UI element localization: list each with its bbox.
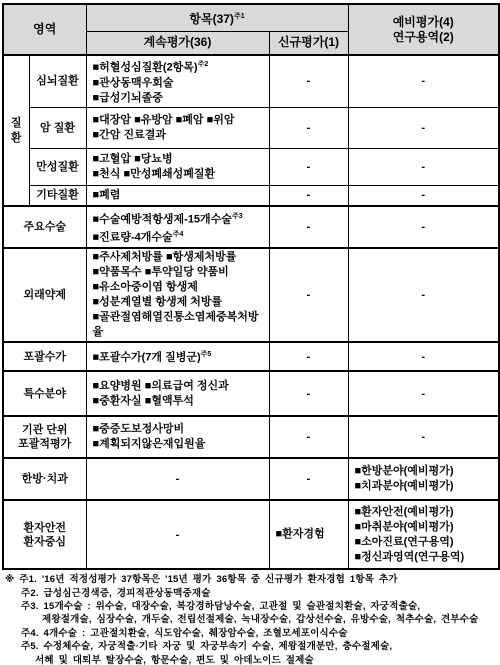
col-header-area: 영역: [3, 4, 86, 55]
item-line: ■관상동맥우회술: [93, 76, 266, 91]
table-row: 주요수술■수술예방적항생제-15개수술주3■진료량-4개수술주4--: [3, 206, 499, 248]
col-header-new: 신규평가(1): [269, 31, 348, 55]
item-line: ■대장암 ■유방암 ■폐암 ■위암: [93, 113, 266, 128]
footnote-line: 주2. 급성심근경색증, 경피적관상동맥중재술: [4, 587, 499, 600]
table-row: 기타질환■폐렴--: [3, 185, 499, 206]
footnote-ref: 주4: [173, 231, 184, 238]
continue-cell: ■요양병원 ■의료급여 정신과■중환자실 ■혈액투석: [86, 371, 269, 416]
footnote-line: ※ 주1. '16년 적정성평가 37항목은 '15년 평가 36항목 중 신규…: [4, 573, 499, 586]
item-line: ■정신과영역(연구용역): [355, 550, 496, 565]
new-cell: -: [269, 458, 348, 500]
evaluation-table: 영역 항목(37)주1 예비평가(4) 연구용역(2) 계속평가(36) 신규평…: [2, 3, 500, 570]
item-text: ■중환자실 ■혈액투석: [93, 395, 194, 407]
item-text: ■천식 ■만성폐쇄성폐질환: [93, 168, 216, 180]
item-line: ■중증도보정사망비: [93, 422, 266, 437]
item-line: ■계획되지않은재입원율: [93, 437, 266, 452]
continue-cell: ■수술예방적항생제-15개수술주3■진료량-4개수술주4: [86, 206, 269, 248]
continue-cell: ■허혈성심질환(2항목)주2■관상동맥우회술■급성기뇌졸중: [86, 55, 269, 107]
item-text: ■급성기뇌졸중: [93, 92, 163, 104]
item-line: ■성분계열별 항생제 처방률: [93, 295, 266, 310]
footnote-ref: 주2: [198, 61, 209, 68]
new-cell: -: [269, 206, 348, 248]
preliminary-cell: ■한방분야(예비평가)■치과분야(예비평가): [348, 458, 499, 500]
row-label: 외래약제: [3, 248, 86, 342]
footnote-line: 제왕절개술, 심장수술, 개두술, 전립선절제술, 녹내장수술, 갑상선수술, …: [4, 613, 499, 626]
new-cell: -: [269, 55, 348, 107]
footnote-line: 주4. 4개수술 : 고관절치환술, 식도암수술, 췌장암수술, 조혈모세포이식…: [4, 627, 499, 640]
row-label-line: 포괄적평가: [7, 437, 83, 451]
row-label: 기타질환: [29, 185, 86, 206]
new-cell: -: [269, 416, 348, 458]
continue-cell: -: [86, 500, 269, 569]
item-text: ■환자안전(예비평가): [355, 506, 454, 518]
item-text: ■폐렴: [93, 189, 121, 201]
new-cell: ■환자경험: [269, 500, 348, 569]
row-label: 암 질환: [29, 107, 86, 148]
row-label: 특수분야: [3, 371, 86, 416]
item-line: ■환자경험: [276, 527, 345, 542]
preliminary-cell: -: [348, 416, 499, 458]
item-line: ■약품목수 ■투약일당 약품비: [93, 265, 266, 280]
item-text: ■골관절염해열진통소염제중복처방율: [93, 311, 259, 338]
table-row: 외래약제■주사제처방률 ■항생제처방률■약품목수 ■투약일당 약품비■유소아중이…: [3, 248, 499, 342]
item-line: ■환자안전(예비평가): [355, 505, 496, 520]
item-line: ■유소아중이염 항생제: [93, 280, 266, 295]
row-label: 심뇌질환: [29, 55, 86, 107]
item-text: ■주사제처방률 ■항생제처방률: [93, 251, 237, 263]
new-cell: -: [269, 107, 348, 148]
row-label: 기관 단위포괄적평가: [3, 416, 86, 458]
new-cell: -: [269, 371, 348, 416]
row-label-line: 기관 단위: [7, 423, 83, 437]
row-label: 포괄수가: [3, 342, 86, 371]
header-row-1: 영역 항목(37)주1 예비평가(4) 연구용역(2): [3, 4, 499, 31]
table-row: 암 질환■대장암 ■유방암 ■폐암 ■위암■간암 진료결과--: [3, 107, 499, 148]
continue-cell: -: [86, 458, 269, 500]
item-line: ■고혈압 ■당뇨병: [93, 152, 266, 167]
continue-cell: ■포괄수가(7개 질병군)주5: [86, 342, 269, 371]
row-label-line: 환자중심: [7, 535, 83, 549]
item-line: ■소아진료(연구용역): [355, 535, 496, 550]
item-line: ■치과분야(예비평가): [355, 479, 496, 494]
item-line: ■급성기뇌졸중: [93, 91, 266, 106]
preliminary-cell: ■환자안전(예비평가)■마취분야(예비평가)■소아진료(연구용역)■정신과영역(…: [348, 500, 499, 569]
footnote-line: 서혜 및 대퇴부 탈장수술, 항문수술, 편도 및 아데노이드 절제술: [4, 654, 499, 665]
footnotes: ※ 주1. '16년 적정성평가 37항목은 '15년 평가 36항목 중 신규…: [2, 573, 499, 665]
preliminary-header-line1: 예비평가(4): [352, 15, 496, 30]
item-text: ■치과분야(예비평가): [355, 480, 454, 492]
table-row: 환자안전환자중심-■환자경험■환자안전(예비평가)■마취분야(예비평가)■소아진…: [3, 500, 499, 569]
col-header-items: 항목(37)주1: [86, 4, 348, 31]
preliminary-header-line2: 연구용역(2): [352, 30, 496, 45]
preliminary-cell: -: [348, 371, 499, 416]
col-header-continue: 계속평가(36): [86, 31, 269, 55]
preliminary-cell: -: [348, 55, 499, 107]
table-row: 특수분야■요양병원 ■의료급여 정신과■중환자실 ■혈액투석--: [3, 371, 499, 416]
col-header-preliminary: 예비평가(4) 연구용역(2): [348, 4, 499, 55]
item-text: ■고혈압 ■당뇨병: [93, 153, 173, 165]
continue-cell: ■고혈압 ■당뇨병■천식 ■만성폐쇄성폐질환: [86, 148, 269, 185]
area-group-char: 질: [4, 116, 29, 131]
new-cell: -: [269, 185, 348, 206]
item-line: ■수술예방적항생제-15개수술주3: [93, 209, 266, 228]
item-text: ■간암 진료결과: [93, 129, 166, 141]
table-header: 영역 항목(37)주1 예비평가(4) 연구용역(2) 계속평가(36) 신규평…: [3, 4, 499, 55]
item-line: ■진료량-4개수술주4: [93, 227, 266, 246]
items-header-footref: 주1: [234, 13, 245, 20]
item-text: ■마취분야(예비평가): [355, 521, 454, 533]
preliminary-cell: -: [348, 148, 499, 185]
item-line: ■허혈성심질환(2항목)주2: [93, 57, 266, 76]
preliminary-cell: -: [348, 185, 499, 206]
item-line: ■중환자실 ■혈액투석: [93, 394, 266, 409]
area-group-label: 질환: [3, 55, 29, 206]
footnote-line: 주5. 수정체수술, 자궁적출·기타 자궁 및 자궁부속기 수술, 제왕절개분만…: [4, 640, 499, 653]
row-label: 한방·치과: [3, 458, 86, 500]
item-text: ■정신과영역(연구용역): [355, 551, 465, 563]
item-line: ■간암 진료결과: [93, 128, 266, 143]
item-text: ■소아진료(연구용역): [355, 536, 454, 548]
row-label: 주요수술: [3, 206, 86, 248]
footnote-line: 주3. 15개수술 : 위수술, 대장수술, 복강경하담낭수술, 고관절 및 슬…: [4, 600, 499, 613]
footnote-ref: 주5: [201, 351, 212, 358]
footnote-ref: 주3: [232, 213, 243, 220]
table-row: 질환심뇌질환■허혈성심질환(2항목)주2■관상동맥우회술■급성기뇌졸중--: [3, 55, 499, 107]
item-text: ■환자경험: [276, 528, 325, 540]
item-text: ■진료량-4개수술: [93, 232, 173, 244]
table-row: 기관 단위포괄적평가■중증도보정사망비■계획되지않은재입원율--: [3, 416, 499, 458]
item-line: ■천식 ■만성폐쇄성폐질환: [93, 167, 266, 182]
item-text: ■허혈성심질환(2항목): [93, 62, 198, 74]
preliminary-cell: -: [348, 107, 499, 148]
row-label-line: 환자안전: [7, 521, 83, 535]
new-cell: -: [269, 342, 348, 371]
item-line: ■폐렴: [93, 188, 266, 203]
item-line: ■한방분야(예비평가): [355, 464, 496, 479]
item-text: ■유소아중이염 항생제: [93, 281, 198, 293]
preliminary-cell: -: [348, 248, 499, 342]
continue-cell: ■폐렴: [86, 185, 269, 206]
item-text: ■계획되지않은재입원율: [93, 438, 206, 450]
table-row: 만성질환■고혈압 ■당뇨병■천식 ■만성폐쇄성폐질환--: [3, 148, 499, 185]
continue-cell: ■주사제처방률 ■항생제처방률■약품목수 ■투약일당 약품비■유소아중이염 항생…: [86, 248, 269, 342]
preliminary-cell: -: [348, 342, 499, 371]
continue-cell: ■중증도보정사망비■계획되지않은재입원율: [86, 416, 269, 458]
continue-cell: ■대장암 ■유방암 ■폐암 ■위암■간암 진료결과: [86, 107, 269, 148]
row-label: 만성질환: [29, 148, 86, 185]
item-text: ■한방분야(예비평가): [355, 465, 454, 477]
table-row: 포괄수가■포괄수가(7개 질병군)주5--: [3, 342, 499, 371]
table-row: 한방·치과--■한방분야(예비평가)■치과분야(예비평가): [3, 458, 499, 500]
new-cell: -: [269, 248, 348, 342]
item-line: ■마취분야(예비평가): [355, 520, 496, 535]
area-group-char: 환: [4, 131, 29, 146]
item-text: ■대장암 ■유방암 ■폐암 ■위암: [93, 114, 235, 126]
page: 영역 항목(37)주1 예비평가(4) 연구용역(2) 계속평가(36) 신규평…: [0, 0, 500, 665]
item-line: ■골관절염해열진통소염제중복처방율: [93, 310, 266, 340]
new-cell: -: [269, 148, 348, 185]
item-text: ■요양병원 ■의료급여 정신과: [93, 380, 229, 392]
items-header-label: 항목(37): [189, 12, 234, 26]
item-text: ■중증도보정사망비: [93, 423, 185, 435]
row-label: 환자안전환자중심: [3, 500, 86, 569]
item-text: ■약품목수 ■투약일당 약품비: [93, 266, 229, 278]
item-text: ■포괄수가(7개 질병군): [93, 352, 201, 364]
item-line: ■주사제처방률 ■항생제처방률: [93, 250, 266, 265]
item-line: ■포괄수가(7개 질병군)주5: [93, 347, 266, 366]
item-line: ■요양병원 ■의료급여 정신과: [93, 379, 266, 394]
item-text: ■성분계열별 항생제 처방률: [93, 296, 223, 308]
item-text: ■관상동맥우회술: [93, 77, 174, 89]
table-body: 질환심뇌질환■허혈성심질환(2항목)주2■관상동맥우회술■급성기뇌졸중--암 질…: [3, 55, 499, 569]
preliminary-cell: -: [348, 206, 499, 248]
item-text: ■수술예방적항생제-15개수술: [93, 213, 232, 225]
